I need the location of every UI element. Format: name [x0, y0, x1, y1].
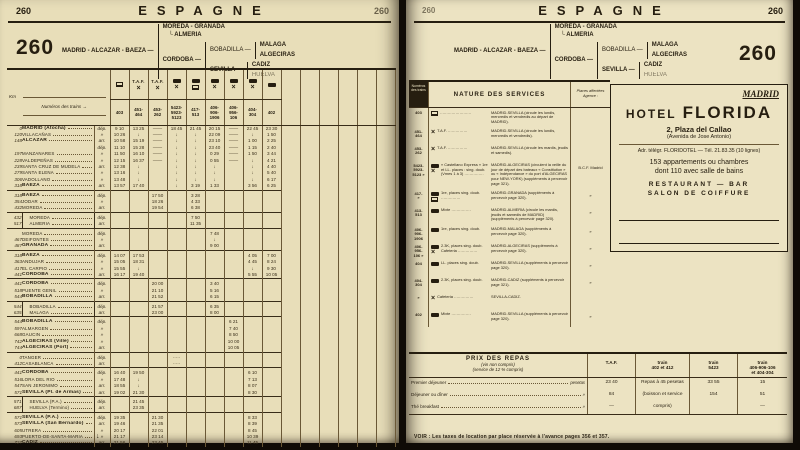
dotted-leader	[51, 238, 92, 241]
column-service-icons: T.A.F.×	[129, 69, 148, 100]
time-cell	[186, 352, 205, 361]
empty-cell	[338, 390, 357, 397]
hotel-capacity: 153 appartements ou chambres dont 110 av…	[619, 158, 779, 176]
train-number: 453- 262	[148, 100, 167, 125]
hotel-ad: MADRID HOTELFLORIDA 2, Plaza del Callao …	[610, 84, 788, 252]
route-branch-malaga: MALAGA	[260, 42, 295, 49]
time-cell	[243, 205, 262, 212]
meal-row: Premier déjeunerpesetas23 40Repas à 45 p…	[409, 378, 787, 390]
time-cell	[148, 250, 167, 259]
time-cell	[205, 272, 224, 279]
service-symbols: 1re, places sing. doub.	[431, 227, 489, 239]
station-name: CASABLANCA	[22, 361, 54, 367]
time-cell: 21 56	[110, 440, 129, 446]
empty-cell	[281, 190, 300, 199]
station-cell: MALAGA	[22, 310, 94, 317]
empty-cell	[357, 317, 376, 326]
time-cell	[129, 243, 148, 250]
time-cell	[148, 345, 167, 352]
empty-cell	[319, 368, 338, 377]
taf-label: T.A.F.	[151, 79, 164, 84]
time-cell	[224, 352, 243, 361]
empty-column	[376, 69, 395, 125]
dotted-leader	[82, 165, 91, 168]
couchettes-icon	[431, 192, 439, 196]
time-cell	[224, 440, 243, 446]
time-cell: ——	[224, 125, 243, 132]
column-service-icons: ×	[224, 69, 243, 100]
station-name: BAEZA	[22, 183, 40, 189]
service-row: 413- 513Mixte ……………MADRID-ALMERIA (circu…	[409, 206, 610, 225]
couchettes-icon	[431, 262, 439, 266]
train-numbers-label: Numéros des trains →	[23, 97, 106, 116]
dotted-leader	[55, 159, 92, 162]
service-row: 404- 3042.3K, places sing. doub.MADRID-C…	[409, 276, 610, 293]
train-number: 451- 464	[129, 100, 148, 125]
empty-cell	[281, 250, 300, 259]
time-cell	[110, 205, 129, 212]
service-symbols: ……………………	[431, 111, 489, 125]
time-cell	[224, 250, 243, 259]
station-name: HUELVA (Termino)	[30, 405, 70, 411]
time-cell	[110, 396, 129, 405]
empty-cell	[357, 190, 376, 199]
time-cell	[224, 212, 243, 221]
meal-price-406: —	[737, 402, 787, 414]
time-cell	[167, 405, 186, 412]
empty-cell	[319, 412, 338, 421]
meals-col-5423: train 5423	[689, 354, 737, 377]
empty-cell	[338, 368, 357, 377]
empty-cell	[357, 352, 376, 361]
time-cell	[167, 221, 186, 228]
header-rule	[414, 21, 785, 23]
time-cell	[224, 294, 243, 301]
time-cell: 3 40	[205, 279, 224, 288]
service-symbols: ×2.3K, places sing. doub. Cafeteria ……………	[431, 244, 489, 256]
timetable-row: 544BOBADILLAdép.21 576 35	[7, 301, 395, 310]
route-branch-malaga: MALAGA	[652, 42, 687, 49]
service-symbol-label: 2.3K, places sing. doub. Cafeteria ……………	[441, 244, 489, 256]
train-number: 417- 513	[186, 100, 205, 125]
route-branch-bobadilla: BOBADILLA	[602, 47, 643, 54]
time-cell	[167, 396, 186, 405]
stop-type-cell: dép.	[94, 190, 110, 199]
time-cell: 23 00	[148, 310, 167, 317]
hotel-city: MADRID	[619, 89, 779, 99]
stop-type-cell: arr.	[94, 361, 110, 368]
dotted-leader	[71, 339, 92, 342]
empty-cell	[281, 294, 300, 301]
route-number: 260	[739, 42, 777, 66]
km-cell: 432	[7, 205, 22, 212]
station-name: ALCAZAR	[22, 138, 47, 144]
service-nature: 1re, places sing. doub.MADRID-MALAGA (su…	[428, 225, 570, 242]
time-cell	[148, 352, 167, 361]
column-service-icons	[110, 69, 129, 100]
empty-cell	[319, 345, 338, 352]
time-cell: 7 50	[186, 212, 205, 221]
time-cell	[186, 279, 205, 288]
km-cell: 571	[7, 390, 22, 397]
service-row: 5423- 5923- 5123 »×« Castellano Express …	[409, 161, 610, 189]
time-cell	[110, 228, 129, 237]
empty-cell	[319, 212, 338, 221]
time-cell: 18 45	[167, 125, 186, 132]
empty-cell	[300, 272, 319, 279]
time-cell: 7 48	[205, 228, 224, 237]
route-number: 260	[16, 36, 54, 60]
service-places: »	[570, 206, 610, 225]
train-number: 404- 304	[243, 100, 262, 125]
service-symbol-label: LL. places sing. doub.	[441, 261, 489, 273]
empty-cell	[300, 317, 319, 326]
service-symbols: LL. places sing. doub.	[431, 261, 489, 273]
stop-type-cell: arr.	[94, 440, 110, 446]
header-rule	[8, 21, 391, 23]
empty-cell	[281, 221, 300, 228]
time-cell	[148, 390, 167, 397]
km-cell: 744	[7, 345, 22, 352]
km-cell: 0	[7, 125, 22, 132]
timetable-row: 635MALAGAarr.23 008 00	[7, 310, 395, 317]
stop-type-cell: arr.	[94, 405, 110, 412]
service-nature: LL. places sing. doub.MADRID-SEVILLA (su…	[428, 259, 570, 276]
time-cell	[262, 345, 281, 352]
time-cell: 13 25	[129, 125, 148, 132]
time-cell: 7 00	[262, 250, 281, 259]
train-number: 403	[110, 100, 129, 125]
empty-cell	[376, 361, 395, 368]
empty-cell	[281, 396, 300, 405]
time-cell: 21 52	[148, 294, 167, 301]
timetable-row: 517ALMERIAarr.11 35	[7, 221, 395, 228]
service-description: MADRID-ALGECIRAS (suppléments à percevoi…	[489, 244, 568, 256]
empty-cell	[338, 272, 357, 279]
time-cell	[205, 190, 224, 199]
empty-cell	[300, 368, 319, 377]
time-cell	[186, 294, 205, 301]
page-title: ESPAGNE	[0, 3, 399, 18]
empty-cell	[376, 183, 395, 190]
station-name: MALAGA	[30, 310, 50, 316]
meal-row: Déjeuner ou dîner»84(boisson et service1…	[409, 390, 787, 402]
stop-type-cell: arr.	[94, 310, 110, 317]
route-branch-huelva: HUELVA	[644, 72, 667, 79]
time-cell	[205, 361, 224, 368]
ad-divider	[619, 220, 779, 221]
station-cell: CORDOBA	[22, 368, 94, 377]
timetable-row: 318BAEZAarr.13 5717 40↓3 191 333 566 25	[7, 183, 395, 190]
empty-cell	[338, 317, 357, 326]
km-cell: 432	[7, 212, 22, 221]
station-cell: ALGECIRAS (Port)	[22, 345, 94, 352]
restaurant-icon: ×	[231, 85, 235, 90]
service-places	[570, 108, 610, 127]
meal-price-taf: 23 40	[587, 378, 635, 390]
dotted-leader	[52, 178, 91, 181]
empty-cell	[376, 405, 395, 412]
service-row: 403……………………MADRID-SEVILLA (circule les l…	[409, 108, 610, 127]
time-cell	[129, 301, 148, 310]
couchettes-icon	[268, 83, 276, 87]
time-cell: 8 33	[243, 412, 262, 421]
time-cell	[243, 361, 262, 368]
empty-cell	[338, 212, 357, 221]
time-cell	[262, 243, 281, 250]
dotted-leader	[44, 206, 91, 209]
time-cell	[262, 396, 281, 405]
time-cell: 4 05	[243, 250, 262, 259]
restaurant-icon: ×	[431, 147, 435, 152]
km-cell: 544	[7, 301, 22, 310]
time-cell	[224, 228, 243, 237]
route-branch-cordoba: CORDOBA	[555, 57, 593, 64]
time-cell	[167, 212, 186, 221]
empty-cell	[300, 190, 319, 199]
time-cell	[110, 243, 129, 250]
km-cell: 544	[7, 317, 22, 326]
dotted-leader	[51, 272, 92, 275]
empty-cell	[357, 221, 376, 228]
time-cell	[110, 221, 129, 228]
empty-cell	[376, 412, 395, 421]
service-symbol-label: 1re, places sing. doub.	[441, 227, 489, 239]
time-cell	[205, 212, 224, 221]
couchettes-icon	[192, 79, 200, 83]
empty-cell	[281, 272, 300, 279]
left-page: 260 ESPAGNE 260 260 MADRID - ALCAZAR - B…	[0, 0, 399, 443]
time-cell	[262, 294, 281, 301]
station-cell: CORDOBA	[22, 279, 94, 288]
empty-cell	[319, 301, 338, 310]
empty-cell	[319, 361, 338, 368]
time-cell	[243, 228, 262, 237]
time-cell: 10 05	[224, 345, 243, 352]
time-cell	[167, 310, 186, 317]
time-cell	[262, 412, 281, 421]
empty-column	[281, 69, 300, 125]
service-row: 406- 956- 106 »×2.3K, places sing. doub.…	[409, 242, 610, 259]
time-cell	[167, 301, 186, 310]
timetable-row: 441CORDOBAarr.16 1719 405 5510 05	[7, 272, 395, 279]
service-symbols: ×Cafeteria ……………	[431, 295, 489, 307]
route-branch-granada: MOREDA - GRANADA	[555, 24, 688, 31]
time-cell	[262, 205, 281, 212]
dotted-leader	[55, 294, 92, 297]
dotted-leader	[58, 305, 92, 308]
dotted-leader	[50, 327, 91, 330]
time-cell: 6 10	[243, 368, 262, 377]
empty-cell	[357, 301, 376, 310]
dotted-leader	[441, 405, 581, 408]
meal-price-402: Repas à 45 pesetas	[635, 378, 689, 390]
meal-prices-table: PRIX DES REPAS(vin non compris)(service …	[409, 352, 787, 415]
time-cell	[205, 317, 224, 326]
dotted-leader	[55, 319, 92, 322]
meal-price-406: 15	[737, 378, 787, 390]
restaurant-icon: ×	[174, 85, 178, 90]
empty-cell	[281, 361, 300, 368]
empty-cell	[319, 243, 338, 250]
time-cell	[224, 301, 243, 310]
time-cell	[186, 368, 205, 377]
station-cell: CORDOBA	[22, 272, 94, 279]
time-cell	[129, 212, 148, 221]
empty-cell	[281, 352, 300, 361]
couchettes-icon	[249, 79, 257, 83]
service-row: 417- »1re, places sing. doub. ……………MADRI…	[409, 189, 610, 206]
time-cell	[224, 205, 243, 212]
empty-cell	[357, 294, 376, 301]
time-cell	[205, 405, 224, 412]
dotted-leader	[51, 311, 92, 314]
time-cell: 3 56	[243, 183, 262, 190]
km-cell: 441	[7, 279, 22, 288]
empty-cell	[357, 405, 376, 412]
dotted-leader	[70, 345, 91, 348]
time-cell: 8 00	[205, 310, 224, 317]
train-number: 5423- 5923- 5123	[167, 100, 186, 125]
dotted-leader	[59, 289, 92, 292]
time-cell	[243, 310, 262, 317]
time-cell	[224, 190, 243, 199]
time-cell	[167, 243, 186, 250]
empty-cell	[319, 221, 338, 228]
dotted-leader	[64, 400, 92, 403]
empty-cell	[300, 205, 319, 212]
time-cell	[129, 228, 148, 237]
stop-type-cell: arr.	[94, 205, 110, 212]
service-description: MADRID-SEVILLA (circule les lundis, merc…	[489, 111, 568, 125]
meal-price-5423: 154	[689, 390, 737, 402]
empty-cell	[338, 361, 357, 368]
time-cell: 6 38	[186, 205, 205, 212]
meals-col-406: train 406-906-106 et 404-304	[737, 354, 787, 377]
station-cell: HUELVA (Termino)	[22, 405, 94, 412]
station-name: CORDOBA	[22, 272, 49, 278]
time-cell: 21 57	[148, 301, 167, 310]
service-row: 406- 906- 19061re, places sing. doub.MAD…	[409, 225, 610, 242]
time-cell	[167, 272, 186, 279]
empty-cell	[376, 317, 395, 326]
time-cell	[186, 243, 205, 250]
timetable-row: 441CORDOBAdép.20 003 40	[7, 279, 395, 288]
dotted-leader	[83, 390, 92, 393]
dotted-leader	[44, 232, 91, 235]
time-cell	[129, 440, 148, 446]
empty-cell	[338, 310, 357, 317]
empty-cell	[338, 405, 357, 412]
service-symbol-label: ……………………	[440, 111, 489, 125]
time-cell	[110, 361, 129, 368]
empty-cell	[338, 279, 357, 288]
time-cell: 22 45	[243, 125, 262, 132]
stop-type-cell: dép.	[94, 352, 110, 361]
time-cell	[243, 294, 262, 301]
empty-cell	[338, 190, 357, 199]
time-cell: 8 30	[243, 390, 262, 397]
time-cell	[224, 412, 243, 421]
timetable-row: 571SEVILLA (Pl. de Armas)arr.19 0221 308…	[7, 390, 395, 397]
station-cell: BOBADILLA	[22, 294, 94, 301]
station-cell: CASABLANCA	[22, 361, 94, 368]
empty-cell	[338, 228, 357, 237]
empty-cell	[300, 345, 319, 352]
time-cell	[129, 412, 148, 421]
hotel-amenities: RESTAURANT — BAR SALON DE COIFFURE	[619, 180, 779, 198]
empty-cell	[376, 352, 395, 361]
meal-price-406: 51	[737, 390, 787, 402]
service-places: »	[570, 189, 610, 206]
time-cell	[167, 440, 186, 446]
time-cell	[129, 361, 148, 368]
time-cell: 6 25	[262, 183, 281, 190]
time-cell: 19 02	[110, 390, 129, 397]
empty-cell	[319, 190, 338, 199]
station-name: ALGECIRAS (Port)	[22, 345, 68, 351]
restaurant-icon: ×	[431, 169, 439, 174]
hotel-contact: Adr. télégr. FLORIDOTEL — Tél. 21.83.35 …	[619, 144, 779, 154]
time-cell	[110, 345, 129, 352]
page-number-right: 260	[374, 6, 389, 16]
timetable-row: 571SEVILLA (P.A.)dép.21 45	[7, 396, 395, 405]
stop-type-cell: dép.	[94, 228, 110, 237]
station-name: SEVILLA (Pl. de Armas)	[22, 390, 81, 396]
empty-cell	[319, 352, 338, 361]
station-cell: GRANADA	[22, 243, 94, 250]
time-cell: 6 15	[205, 294, 224, 301]
time-cell	[262, 317, 281, 326]
stop-type-cell: dép.	[94, 412, 110, 421]
service-symbols: Mixte ……………	[431, 208, 489, 222]
timetable-row: 0MADRID (Atocha)dép.9 1013 25——18 4521 4…	[7, 125, 395, 132]
sleeping-car-icon	[431, 197, 438, 202]
time-cell	[167, 345, 186, 352]
time-cell	[148, 183, 167, 190]
services-trains-header: Numéros des trains	[409, 82, 428, 107]
time-cell: 6 21	[224, 317, 243, 326]
empty-cell	[300, 310, 319, 317]
time-cell: ·····	[167, 352, 186, 361]
timetable-row: 571SEVILLA (P.A.)dép.19 3521 308 33	[7, 412, 395, 421]
empty-cell	[300, 243, 319, 250]
time-cell	[224, 243, 243, 250]
empty-cell	[376, 228, 395, 237]
time-cell	[224, 221, 243, 228]
train-number: 402	[262, 100, 281, 125]
couchettes-icon	[431, 209, 439, 213]
dotted-leader	[71, 406, 91, 409]
stop-type-cell: dép.	[94, 317, 110, 326]
time-cell: 17 40	[129, 183, 148, 190]
time-cell	[110, 405, 129, 412]
empty-cell	[281, 228, 300, 237]
timetable-row: 432MOREDAdép.7 50	[7, 212, 395, 221]
empty-cell	[300, 352, 319, 361]
meal-price-402: compris)	[635, 402, 689, 414]
time-cell	[129, 345, 148, 352]
service-places: B.C.F. Madrid	[570, 161, 610, 189]
services-title: NATURE DES SERVICES	[428, 82, 570, 107]
time-cell: 19 54	[148, 205, 167, 212]
meals-col-taf: T.A.F.	[587, 354, 635, 377]
timetable-row: MOREDAdép.7 48	[7, 228, 395, 237]
empty-cell	[357, 228, 376, 237]
service-description: MADRID-SEVILLA (circule les mardis, jeud…	[489, 146, 568, 158]
empty-cell	[281, 205, 300, 212]
time-cell: 1 33	[205, 183, 224, 190]
